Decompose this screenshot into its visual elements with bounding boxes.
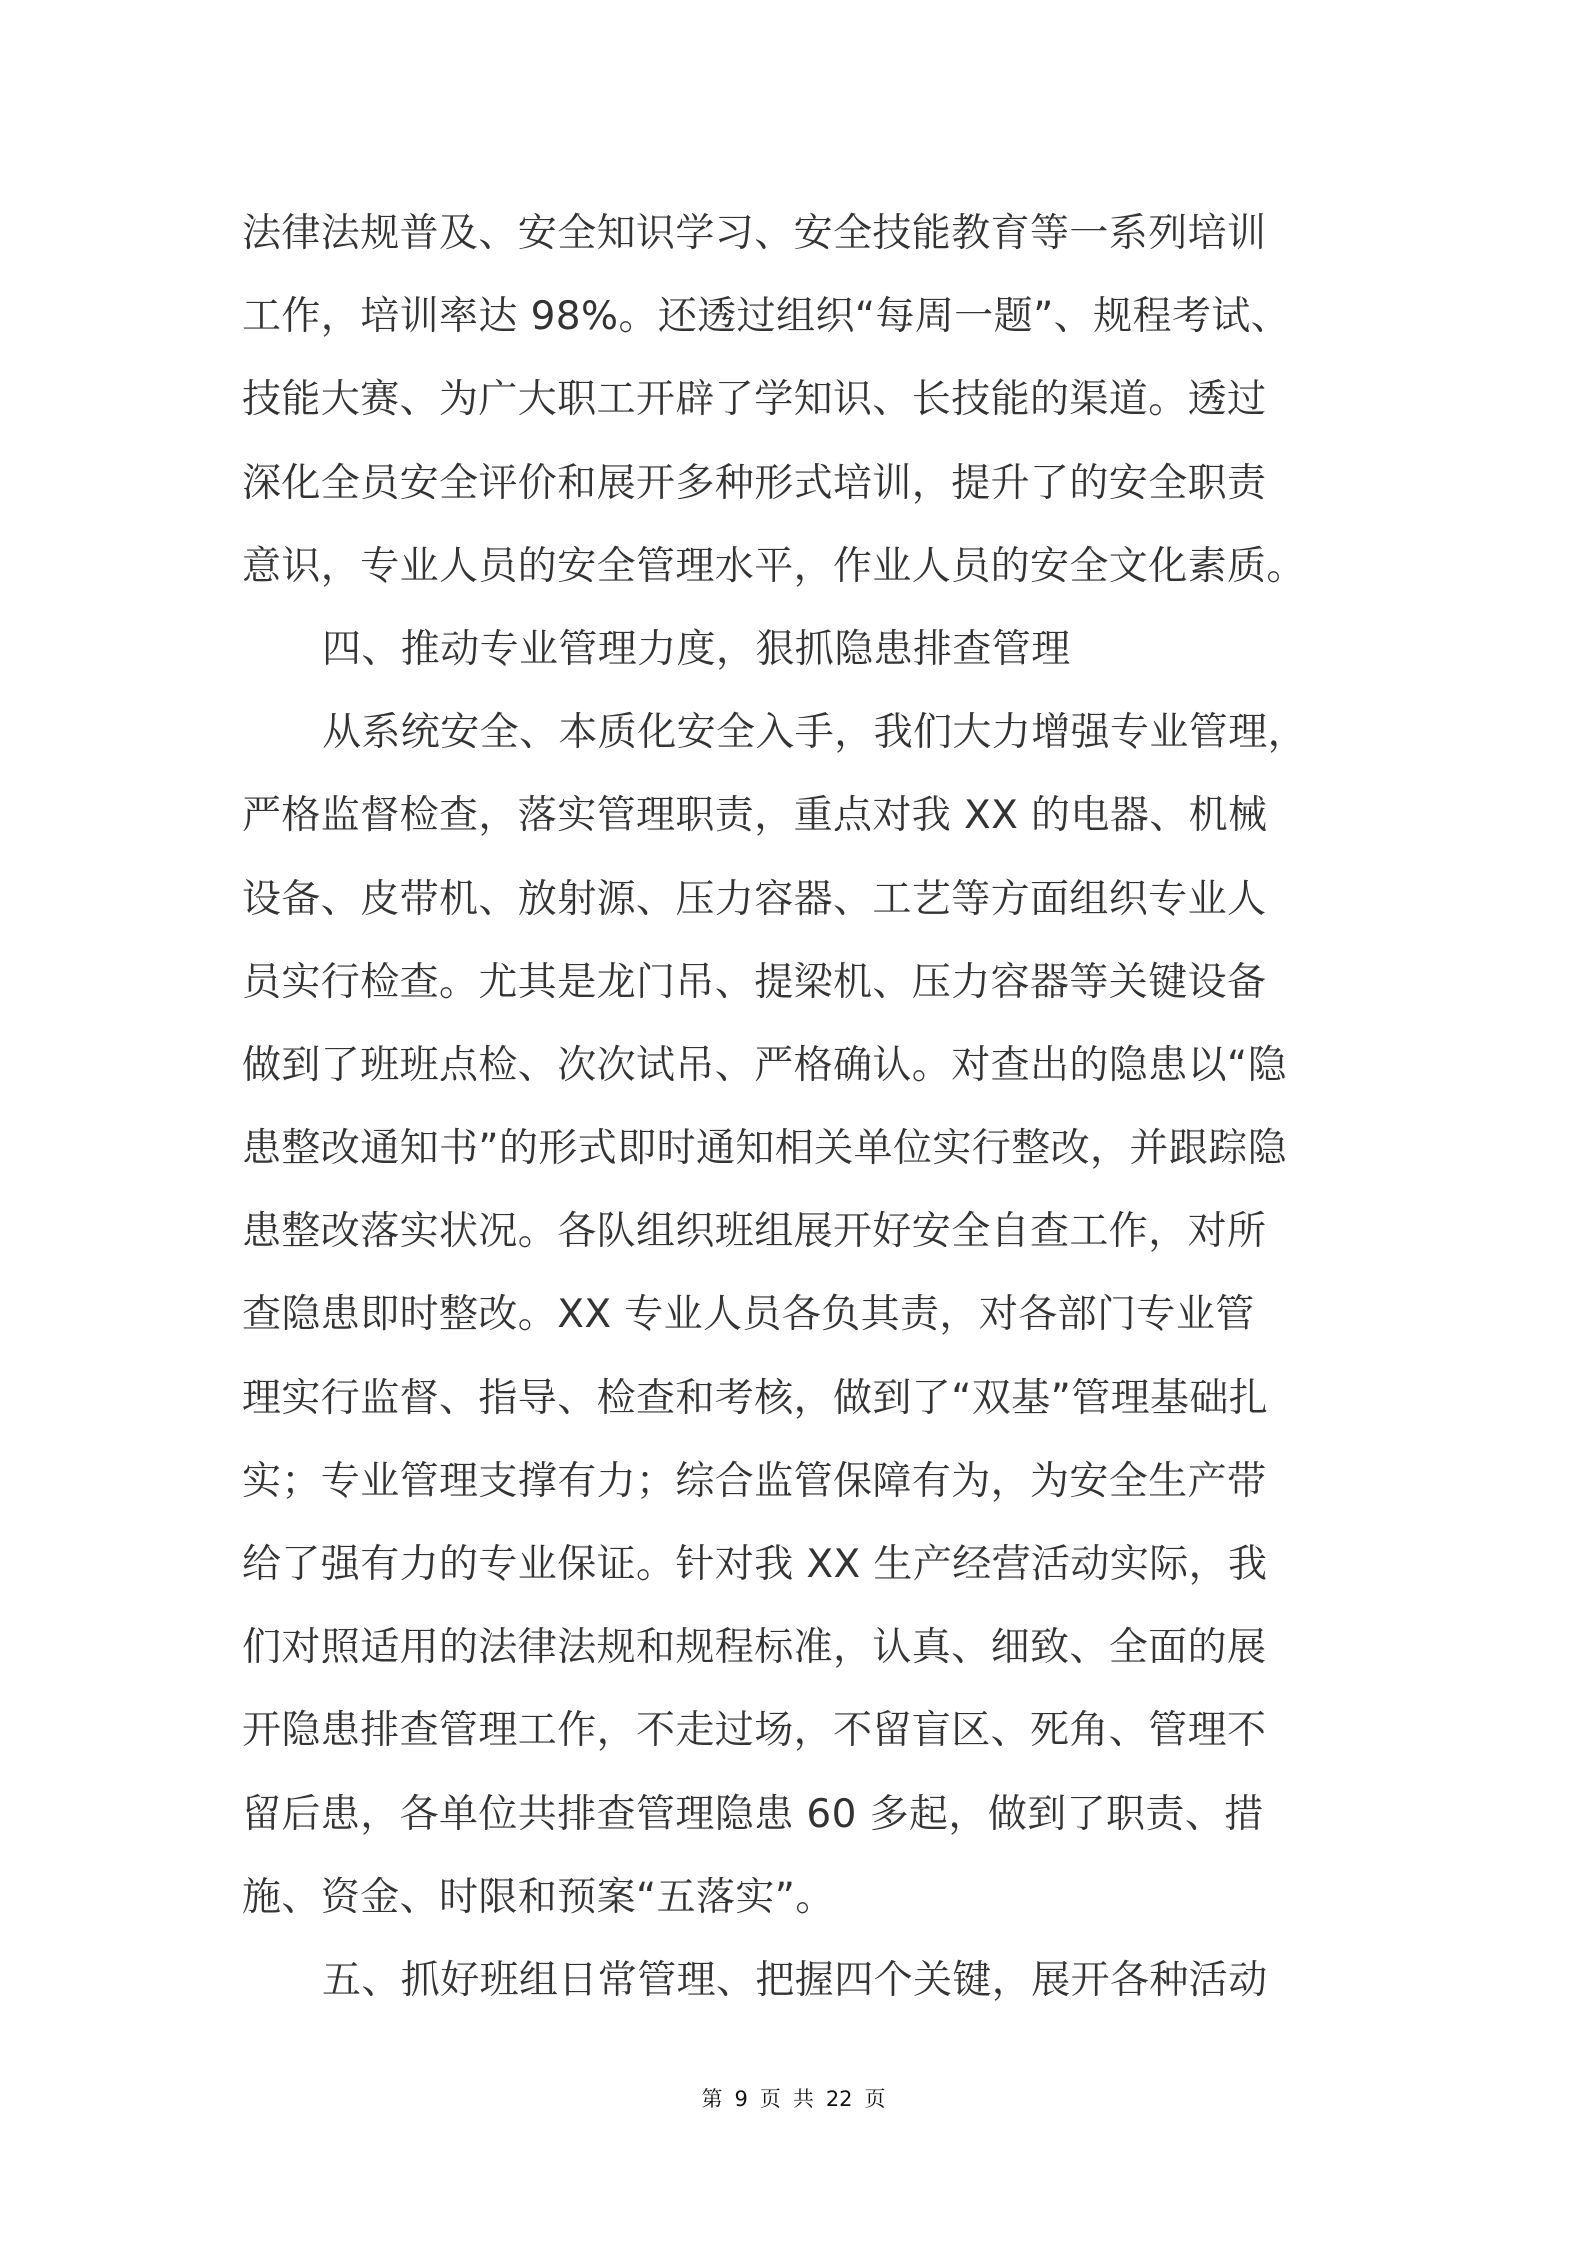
text-line-19: 开隐患排查管理工作，不走过场，不留盲区、死角、管理不 <box>242 1689 1352 1772</box>
text-line-4: 深化全员安全评价和展开多种形式培训，提升了的安全职责 <box>242 442 1352 525</box>
section-heading-4: 四、推动专业管理力度，狠抓隐患排查管理 <box>242 608 1352 691</box>
footer-suffix: 页 <box>865 2087 886 2111</box>
text-line-14: 查隐患即时整改。XX 专业人员各负其责，对各部门专业管 <box>242 1273 1352 1356</box>
text-line-16: 实；专业管理支撑有力；综合监管保障有为，为安全生产带 <box>242 1440 1352 1523</box>
text-line-10: 员实行检查。尤其是龙门吊、提梁机、压力容器等关键设备 <box>242 941 1352 1024</box>
text-line-20: 留后患，各单位共排查管理隐患 60 多起，做到了职责、措 <box>242 1773 1352 1856</box>
text-line-17: 给了强有力的专业保证。针对我 XX 生产经营活动实际，我 <box>242 1523 1352 1606</box>
text-line-13: 患整改落实状况。各队组织班组展开好安全自查工作，对所 <box>242 1190 1352 1273</box>
text-line-7: 从系统安全、本质化安全入手，我们大力增强专业管理， <box>242 691 1352 774</box>
footer-prefix: 第 <box>701 2087 722 2111</box>
total-pages-number: 22 <box>826 2087 853 2111</box>
text-line-1: 法律法规普及、安全知识学习、安全技能教育等一系列培训 <box>242 192 1352 275</box>
text-line-2: 工作，培训率达 98%。还透过组织“每周一题”、规程考试、 <box>242 275 1352 358</box>
page-footer: 第9页共22页 <box>0 2083 1587 2113</box>
text-line-5: 意识，专业人员的安全管理水平，作业人员的安全文化素质。 <box>242 525 1352 608</box>
text-line-9: 设备、皮带机、放射源、压力容器、工艺等方面组织专业人 <box>242 858 1352 941</box>
text-line-3: 技能大赛、为广大职工开辟了学知识、长技能的渠道。透过 <box>242 358 1352 441</box>
body-text: 法律法规普及、安全知识学习、安全技能教育等一系列培训 工作，培训率达 98%。还… <box>242 192 1352 2022</box>
footer-total-word: 共 <box>793 2087 814 2111</box>
footer-page-word: 页 <box>760 2087 781 2111</box>
section-heading-5: 五、抓好班组日常管理、把握四个关键，展开各种活动 <box>242 1939 1352 2022</box>
text-line-15: 理实行监督、指导、检查和考核，做到了“双基”管理基础扎 <box>242 1357 1352 1440</box>
current-page-number: 9 <box>734 2087 747 2111</box>
text-line-11: 做到了班班点检、次次试吊、严格确认。对查出的隐患以“隐 <box>242 1024 1352 1107</box>
document-page: 法律法规普及、安全知识学习、安全技能教育等一系列培训 工作，培训率达 98%。还… <box>0 0 1587 2245</box>
text-line-21: 施、资金、时限和预案“五落实”。 <box>242 1856 1352 1939</box>
text-line-8: 严格监督检查，落实管理职责，重点对我 XX 的电器、机械 <box>242 774 1352 857</box>
text-line-12: 患整改通知书”的形式即时通知相关单位实行整改，并跟踪隐 <box>242 1107 1352 1190</box>
text-line-18: 们对照适用的法律法规和规程标准，认真、细致、全面的展 <box>242 1606 1352 1689</box>
